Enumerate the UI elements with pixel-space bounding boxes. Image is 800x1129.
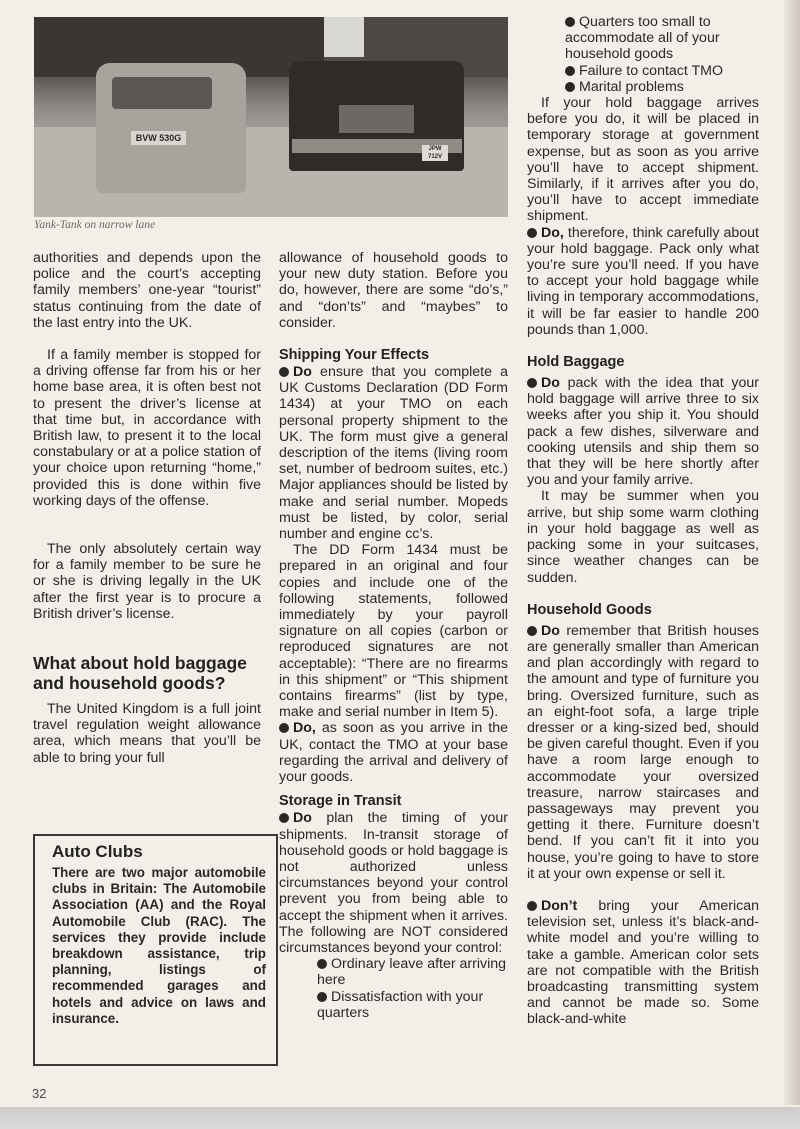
section-heading: What about hold baggage and household go…	[33, 654, 261, 693]
bullet-paragraph: Don’t bring your American television set…	[527, 898, 759, 1028]
sidebar-box-body: There are two major automobile clubs in …	[52, 865, 266, 1027]
bullet-icon	[279, 813, 289, 823]
photo-american-car-grille	[339, 105, 414, 133]
bullet-paragraph: Do pack with the idea that your hold bag…	[527, 375, 759, 488]
photo-yank-tank: BVW 530G JPW 712V	[34, 17, 508, 217]
sub-list-item: Failure to contact TMO	[565, 63, 759, 79]
bullet-icon	[565, 82, 575, 92]
bullet-icon	[527, 378, 537, 388]
column-1: authorities and depends upon the police …	[33, 250, 261, 766]
sub-list-item: Marital problems	[565, 79, 759, 95]
bullet-icon	[527, 228, 537, 238]
paragraph: The DD Form 1434 must be prepared in an …	[279, 542, 508, 720]
bullet-paragraph: Do plan the timing of your shipments. In…	[279, 810, 508, 956]
bullet-paragraph: Do remember that British houses are gene…	[527, 623, 759, 882]
bullet-icon	[279, 367, 289, 377]
bullet-icon	[317, 992, 327, 1002]
bullet-paragraph: Do ensure that you complete a UK Customs…	[279, 364, 508, 542]
subheading-storage: Storage in Transit	[279, 793, 508, 810]
bullet-paragraph: Do, as soon as you arrive in the UK, con…	[279, 720, 508, 785]
bullet-icon	[565, 17, 575, 27]
subheading-household-goods: Household Goods	[527, 602, 759, 619]
bullet-icon	[527, 901, 537, 911]
bullet-icon	[565, 66, 575, 76]
sidebar-box-title: Auto Clubs	[52, 842, 266, 862]
subheading-shipping: Shipping Your Effects	[279, 347, 508, 364]
paragraph: If a family member is stopped for a driv…	[33, 347, 261, 509]
paragraph: The United Kingdom is a full joint trave…	[33, 701, 261, 766]
paragraph: The only absolutely certain way for a fa…	[33, 541, 261, 622]
page-edge-shadow	[784, 0, 800, 1105]
bullet-paragraph: Do, therefore, think carefully about you…	[527, 225, 759, 338]
bullet-icon	[527, 626, 537, 636]
sub-list: Ordinary leave after arriving here Dissa…	[279, 956, 508, 1021]
sub-list-item: Quarters too small to accommodate all of…	[565, 14, 759, 63]
photo-mini-plate: BVW 530G	[131, 131, 186, 145]
paragraph: authorities and depends upon the police …	[33, 250, 261, 331]
column-2: allowance of household goods to your new…	[279, 250, 508, 1021]
sub-list-item: Dissatisfaction with your quarters	[317, 989, 508, 1021]
sub-list-item: Ordinary leave after arriving here	[317, 956, 508, 988]
scan-bottom-margin	[0, 1107, 800, 1129]
bullet-icon	[279, 723, 289, 733]
subheading-hold-baggage: Hold Baggage	[527, 354, 759, 371]
paragraph: allowance of household goods to your new…	[279, 250, 508, 331]
photo-caption: Yank-Tank on narrow lane	[34, 219, 155, 231]
paragraph: It may be summer when you arrive, but sh…	[527, 488, 759, 585]
sidebar-box-auto-clubs: Auto Clubs There are two major automobil…	[33, 834, 278, 1066]
page-number: 32	[32, 1086, 46, 1101]
photo-american-car-plate: JPW 712V	[422, 145, 448, 161]
sub-list: Quarters too small to accommodate all of…	[527, 14, 759, 95]
bullet-icon	[317, 959, 327, 969]
photo-mini-rear-window	[112, 77, 212, 109]
column-3: Quarters too small to accommodate all of…	[527, 14, 759, 1028]
paragraph: If your hold baggage arrives before you …	[527, 95, 759, 225]
